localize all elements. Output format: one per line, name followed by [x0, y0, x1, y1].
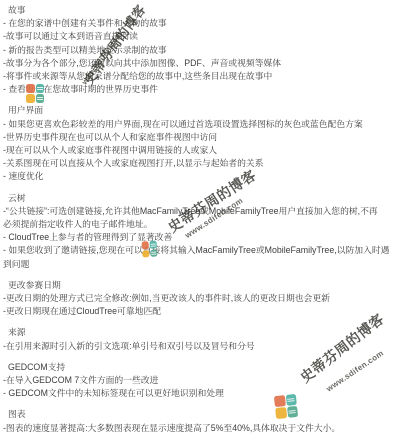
changelog-line: - CloudTree上参与者的管理得到了显著改善	[3, 231, 396, 244]
changelog-line: -“公共链接”:可选创建链接,允许其他MacFamilyTree或MobileF…	[3, 205, 396, 218]
changelog-line: -世界历史事件现在也可以从个人和家庭事件视图中访问	[3, 131, 396, 144]
changelog-line: - 速度优化	[3, 170, 396, 183]
changelog-line: -现在可以从个人或家庭事件视图中调用链接的人或家人	[3, 144, 396, 157]
logo-square-bottom-left	[26, 94, 35, 103]
sdifen-logo-icon	[26, 84, 44, 103]
section: 云树-“公共链接”:可选创建链接,允许其他MacFamilyTree或Mobil…	[3, 192, 396, 271]
changelog-line: - 新的报告类型可以精美地显示录制的故事	[3, 44, 396, 57]
changelog-line: 到问题	[3, 258, 396, 271]
logo-square-top-right	[149, 240, 157, 248]
changelog-line: 必须提前指定收件人的电子邮件地址。	[3, 218, 396, 231]
logo-square-top-left	[26, 84, 35, 93]
changelog-line: - GEDCOM文件中的未知标签现在可以更好地识别和处理	[3, 387, 396, 400]
changelog-line: -将事件或来源等从您的家谱分配给您的故事中,这些条目出现在故事中	[3, 70, 396, 83]
section: 图表-图表的速度显著提高:大多数图表现在显示速度提高了5%至40%,具体取决于文…	[3, 408, 396, 434]
logo-square-top-right	[285, 394, 297, 406]
changelog-document: 故事- 在您的家谱中创建有关事件和人物的故事-故事可以通过文本到语音直接阅读- …	[0, 0, 400, 444]
logo-square-top-left	[274, 395, 286, 407]
section-heading: 故事	[8, 4, 396, 17]
logo-square-bottom-left	[275, 407, 287, 419]
changelog-line: -关系图现在可以直接从个人或家庭视图打开,以显示与起始者的关系	[3, 157, 396, 170]
section-heading: 更改参赛日期	[8, 279, 396, 292]
changelog-line: -在引用来源时引入新的引文选项:单引号和双引号以及冒号和分号	[3, 340, 396, 353]
sdifen-logo-icon	[141, 240, 157, 257]
changelog-line: - 查看发生在您故事时期的世界历史事件	[3, 83, 396, 96]
logo-square-bottom-right	[36, 94, 45, 103]
logo-square-bottom-left	[142, 250, 150, 258]
changelog-line: -故事可以通过文本到语音直接阅读	[3, 30, 396, 43]
changelog-line: -更改日期现在通过CloudTree可靠地匹配	[3, 305, 396, 318]
section: GEDCOM支持-在导入GEDCOM 7文件方面的一些改进- GEDCOM文件中…	[3, 361, 396, 401]
changelog-line: - 如果您收到了邀请链接,您现在可以直接将其输入MacFamilyTree或Mo…	[3, 244, 396, 257]
logo-square-bottom-right	[287, 406, 299, 418]
section-heading: 云树	[8, 192, 396, 205]
changelog-line: -更改日期的处理方式已完全修改:例如,当更改该人的事件时,该人的更改日期也会更新	[3, 292, 396, 305]
changelog-line: - 如果您更喜欢色彩较差的用户界面,现在可以通过首选项设置选择图标的灰色或蓝色配…	[3, 118, 396, 131]
section: 用户界面- 如果您更喜欢色彩较差的用户界面,现在可以通过首选项设置选择图标的灰色…	[3, 104, 396, 183]
logo-square-top-left	[141, 241, 149, 249]
changelog-line: - 在您的家谱中创建有关事件和人物的故事	[3, 17, 396, 30]
sdifen-logo-icon	[274, 394, 298, 419]
section: 更改参赛日期-更改日期的处理方式已完全修改:例如,当更改该人的事件时,该人的更改…	[3, 279, 396, 319]
section-heading: 用户界面	[8, 104, 396, 117]
section-heading: 来源	[8, 326, 396, 339]
section: 来源-在引用来源时引入新的引文选项:单引号和双引号以及冒号和分号	[3, 326, 396, 352]
changelog-line: -故事分为各个部分,您还可以向其中添加图像、PDF、声音或视频等媒体	[3, 57, 396, 70]
logo-square-top-right	[36, 84, 45, 93]
changelog-line: -在导入GEDCOM 7文件方面的一些改进	[3, 374, 396, 387]
section-heading: GEDCOM支持	[8, 361, 396, 374]
logo-square-bottom-right	[150, 249, 158, 257]
changelog-line: -图表的速度显著提高:大多数图表现在显示速度提高了5%至40%,具体取决于文件大…	[3, 422, 396, 435]
section-heading: 图表	[8, 408, 396, 421]
section: 故事- 在您的家谱中创建有关事件和人物的故事-故事可以通过文本到语音直接阅读- …	[3, 4, 396, 96]
